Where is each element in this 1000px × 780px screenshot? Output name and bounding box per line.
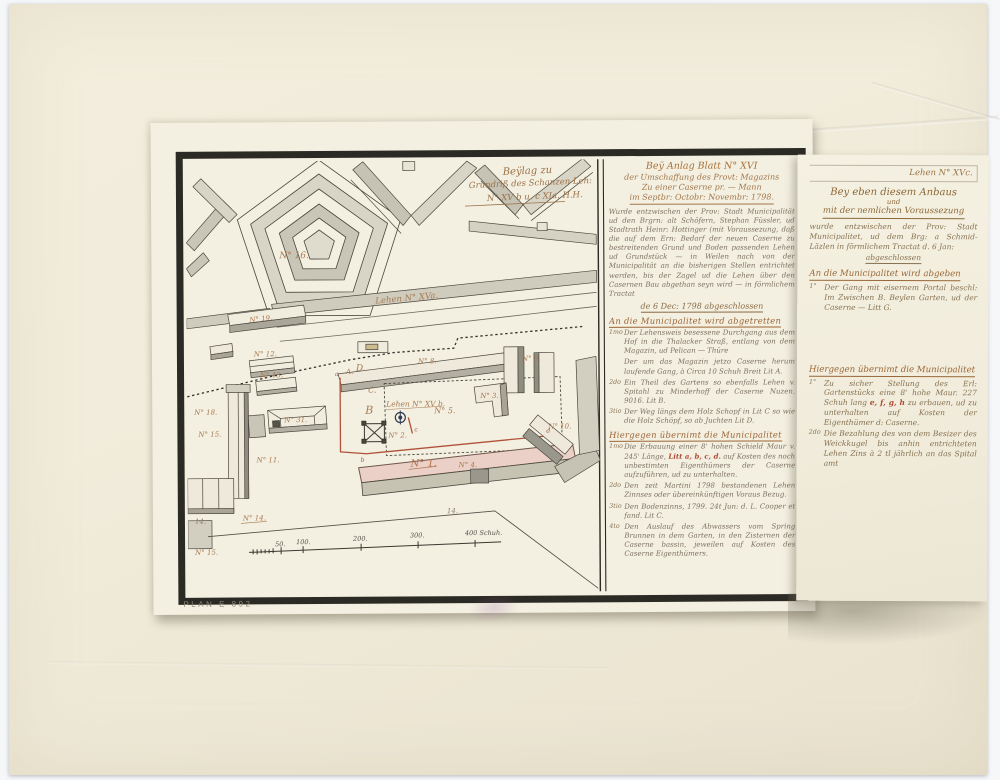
map-label: N° 3.: [479, 392, 499, 400]
map-label-lit-B: B: [364, 404, 373, 417]
map-label: N° 31.: [283, 416, 307, 424]
list-item: 4to Den Auslauf des Abwassers vom Spring…: [609, 522, 795, 559]
list-item: 1mo Die Erbauung einer 8' hohen Schield …: [609, 442, 795, 480]
building-no13: [256, 377, 297, 395]
list-item: 1° Der Gang mit eisernem Portal beschl: …: [809, 283, 977, 313]
item-number: [609, 358, 624, 376]
map-label: N° 15.: [194, 549, 218, 557]
item-text: Der Lehensweis besessene Durchgang aus d…: [624, 329, 795, 357]
list-item: 3tio Der Weg längs dem Holz Schopf in Li…: [609, 407, 795, 426]
map-label-lit-a: a: [335, 371, 339, 378]
map-label-lit-C: C.: [368, 386, 376, 395]
item-number: 3tio: [609, 408, 624, 426]
map-label: N° 2.: [387, 431, 407, 439]
red-ink-letters: Litt a, b, c, d.: [668, 452, 721, 461]
item-text: Den Bodenzinns, 1799. 24t Jun: d. L. Coo…: [624, 502, 795, 520]
column-header: Beÿ Anlag Blatt N° XVI der Umschaffung d…: [609, 161, 795, 205]
header-line3: Zu einer Caserne pr. — Mann: [609, 182, 795, 192]
map-label: N° 13.: [259, 371, 283, 379]
item-number: 1°: [809, 283, 824, 312]
scale-label-400: 400 Schuh.: [464, 529, 502, 537]
paper-crease: [49, 661, 609, 670]
heading-abtretten: An die Municipalitet wird abgetretten: [609, 316, 781, 328]
building-no2: [362, 421, 386, 443]
item-number: 1°: [809, 378, 824, 427]
scale-label-100: 100.: [296, 538, 311, 546]
header-line2: der Umschaffung des Provt: Magazins: [609, 172, 795, 182]
item-text: Den zeit Martini 1798 bestandenen Lehen …: [624, 482, 795, 500]
item-number: 1mo: [609, 329, 624, 356]
map-content: [186, 158, 602, 591]
pencil-archive-note: PLAN E 892: [183, 599, 252, 608]
flap-paragraph-end: abgeschlossen: [866, 253, 921, 264]
map-label: N° 14.: [242, 514, 266, 522]
item-number: 2do: [609, 378, 624, 405]
item-text: Der Weg längs dem Holz Schopf in Lit C s…: [624, 407, 795, 425]
scale-label-300: 300.: [410, 531, 425, 539]
map-label: N° 12.: [253, 350, 277, 358]
folded-flap-sheet: Lehen N° XVc. Bey eben diesem Anbaus und…: [796, 155, 989, 602]
item-text: Die Erbauung einer 8' hohen Schield Maur…: [624, 442, 795, 480]
item-text: Zu sicher Stellung des Erl: Gartenstücks…: [824, 378, 977, 427]
flap-text-column: Lehen N° XVc. Bey eben diesem Anbaus und…: [809, 165, 978, 471]
item-number: 4to: [609, 523, 624, 559]
street-lines: [208, 510, 598, 590]
scale-bar: [249, 540, 501, 555]
flap-heading-uebernimt: Hiergegen übernimt die Municipalitet: [809, 364, 975, 377]
map-label: N° 10.: [547, 422, 571, 430]
map-label-lit-d: d: [546, 428, 550, 435]
map-label: Lehen N° XV b.: [385, 399, 445, 408]
blank-gap: [809, 314, 977, 359]
map-label: 14.: [447, 507, 458, 515]
list-item: 1° Zu sicher Stellung des Erl: Gartenstü…: [809, 378, 977, 427]
map-label-lit-D: D.: [355, 364, 366, 374]
item-text: Den Auslauf des Abwassers vom Spring Bru…: [624, 522, 795, 559]
list-item: 2do Die Bezahlung des von dem Besizer de…: [809, 429, 977, 469]
item-text: Der um das Magazin jetzo Caserne herum l…: [624, 358, 795, 376]
item-number: 2do: [809, 429, 824, 468]
map-label: N° 8.: [417, 357, 437, 365]
map-title-line1: Beÿlag zu: [501, 165, 552, 178]
flap-paragraph: wurde entzwischen der Prov: Stadt Munici…: [809, 222, 977, 252]
list-item: 2do Den zeit Martini 1798 bestandenen Le…: [609, 482, 795, 501]
map-label: N° 11.: [256, 456, 280, 464]
flap-corner-label: Lehen N° XVc.: [810, 165, 978, 183]
map-label: N° 4.: [458, 461, 478, 469]
item-number: 1mo: [609, 443, 624, 480]
outworks: [186, 179, 238, 277]
list-item: 1mo Der Lehensweis besessene Durchgang a…: [609, 329, 795, 357]
scale-label-200: 200.: [352, 535, 368, 543]
header-line4: im Septbr: Octobr: Novembr: 1798.: [630, 192, 774, 204]
map-label: N° 9.: [521, 355, 541, 363]
map-label: N° 15.: [197, 431, 221, 439]
flap-header-line3: mit der nemlichen Voraussezung: [823, 206, 964, 220]
map-label-lit-b: b: [361, 457, 365, 464]
item-number: 2do: [609, 482, 624, 500]
item-text: Ein Theil des Gartens so ebenfalls Lehen…: [624, 378, 795, 406]
map-label-lit-A: A.: [345, 368, 353, 376]
contract-date: de 6 Dec: 1798 abgeschlossen: [641, 301, 764, 312]
contract-text-column: Beÿ Anlag Blatt N° XVI der Umschaffung d…: [609, 161, 796, 591]
list-item: 3tio Den Bodenzinns, 1799. 24t Jun: d. L…: [609, 502, 795, 521]
map-label: 14.: [195, 518, 206, 526]
item-text: Die Bezahlung des von dem Besizer des We…: [824, 429, 977, 469]
column-separator: [598, 159, 601, 591]
list-item: 2do Ein Theil des Gartens so ebenfalls L…: [609, 378, 795, 406]
small-buildings: [210, 342, 388, 360]
scanned-archive-photo: { "photo": { "pencil_note": "PLAN E 892"…: [0, 0, 1000, 780]
well-symbol: [395, 410, 405, 424]
scale-label-50: 50.: [275, 540, 285, 548]
heading-uebernimt: Hiergegen übernimt die Municipalitet: [609, 430, 782, 442]
map-label: N° 16.: [278, 251, 309, 261]
paragraph-contract: Wurde entzwischen der Prov: Stadt Munici…: [609, 207, 795, 298]
item-number: 3tio: [609, 502, 624, 520]
plan-sheet: Beÿlag zu Grundriß des Schanzen Leh: N° …: [151, 119, 816, 615]
map-label-lit-c: c: [414, 426, 418, 433]
red-ink-letters: e, f, g, h: [870, 398, 905, 407]
item-text: Der Gang mit eisernem Portal beschl: Im …: [824, 283, 977, 313]
list-item: Der um das Magazin jetzo Caserne herum l…: [609, 358, 795, 377]
flap-heading-abgeben: An die Municipalitet wird abgeben: [809, 269, 960, 282]
header-line1: Beÿ Anlag Blatt N° XVI: [609, 161, 795, 173]
map-label: N° 18.: [193, 409, 217, 417]
flap-header: Bey eben diesem Anbaus und mit der nemli…: [810, 186, 978, 220]
